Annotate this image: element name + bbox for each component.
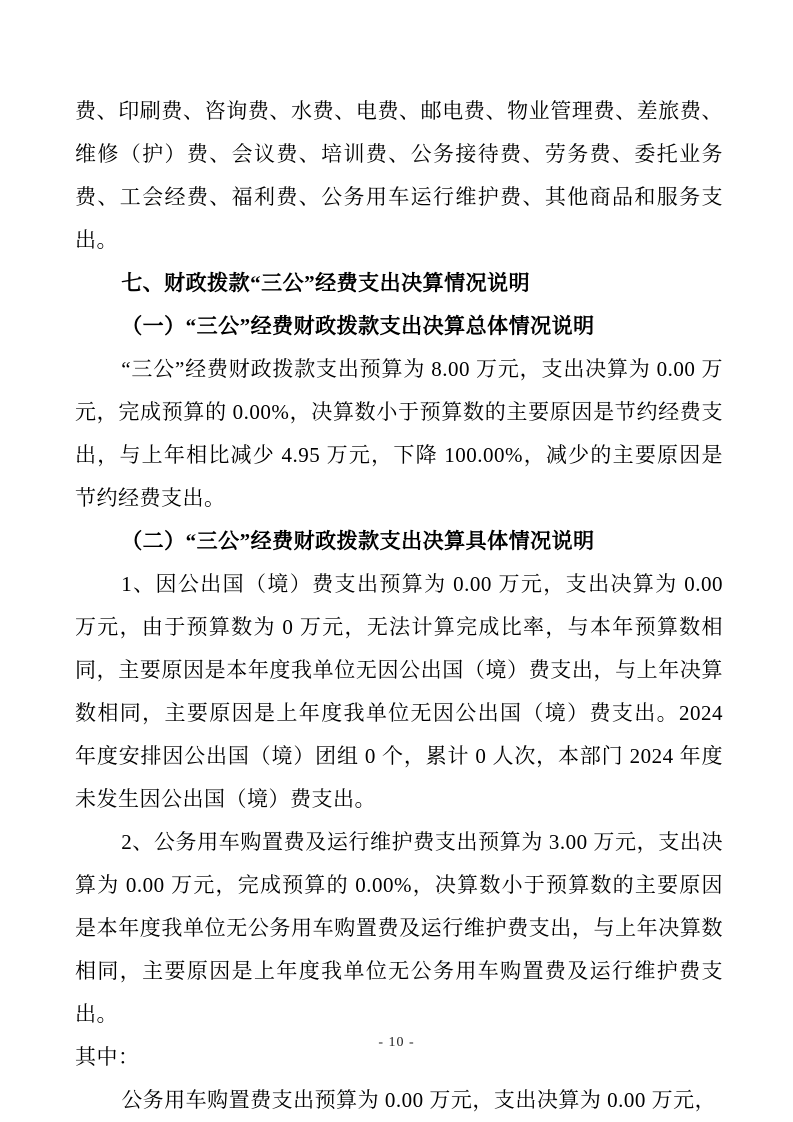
section-heading: 七、财政拨款“三公”经费支出决算情况说明 xyxy=(75,262,723,305)
section-heading: （二）“三公”经费财政拨款支出决算具体情况说明 xyxy=(75,520,723,563)
paragraph: 2、公务用车购置费及运行维护费支出预算为 3.00 万元，支出决算为 0.00 … xyxy=(75,821,723,1036)
page-footer: - 10 - xyxy=(0,1033,793,1053)
paragraph: 费、印刷费、咨询费、水费、电费、邮电费、物业管理费、差旅费、维修（护）费、会议费… xyxy=(75,90,723,262)
document-page: 费、印刷费、咨询费、水费、电费、邮电费、物业管理费、差旅费、维修（护）费、会议费… xyxy=(0,0,793,1122)
paragraph: 1、因公出国（境）费支出预算为 0.00 万元，支出决算为 0.00 万元，由于… xyxy=(75,563,723,821)
section-heading: （一）“三公”经费财政拨款支出决算总体情况说明 xyxy=(75,305,723,348)
document-body: 费、印刷费、咨询费、水费、电费、邮电费、物业管理费、差旅费、维修（护）费、会议费… xyxy=(75,90,723,1122)
page-number: - 10 - xyxy=(378,1035,414,1050)
paragraph: “三公”经费财政拨款支出预算为 8.00 万元，支出决算为 0.00 万元，完成… xyxy=(75,348,723,520)
paragraph: 公务用车购置费支出预算为 0.00 万元，支出决算为 0.00 万元， xyxy=(75,1079,723,1122)
